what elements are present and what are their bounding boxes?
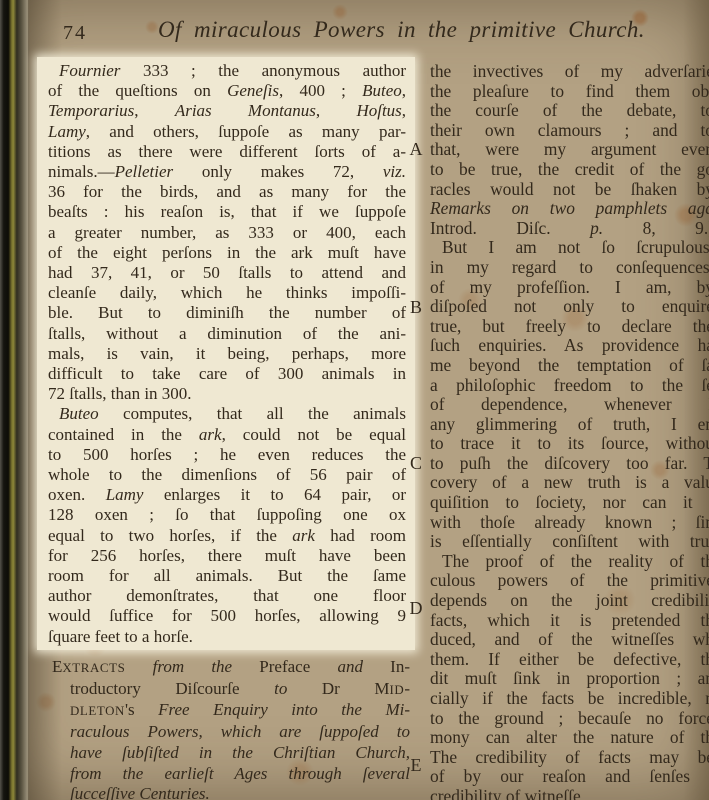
text-line: to trace it to its ſource, withou <box>430 434 709 454</box>
text-line: Fournier 333 ; the anonymous author <box>48 61 406 81</box>
text-line: of by our reaſon and ſenſes ; <box>430 767 709 787</box>
text-line: duced, and of the witneſſes wh <box>430 630 709 650</box>
text-line: of the eight perſons in the ark muſt hav… <box>48 243 406 263</box>
text-line: have ſubſiſted in the Chriſtian Church, <box>52 743 410 764</box>
text-line: cially if the facts be incredible, n <box>430 689 709 709</box>
right-column-text: the invectives of my adverſariethe pleaſ… <box>430 62 709 800</box>
text-line: of dependence, whenever I <box>430 395 709 415</box>
text-line: Lamy, and others, ſuppoſe as many par- <box>48 122 406 142</box>
margin-letter-a: A <box>405 139 427 160</box>
text-line: Temporarius, Arias Montanus, Hoſtus, <box>48 101 406 121</box>
text-line: 72 ſtalls, than in 300. <box>48 384 406 404</box>
text-line: Remarks on two pamphlets aga <box>430 199 709 219</box>
text-line: any glimmering of truth, I en <box>430 415 709 435</box>
text-line: culous powers of the primitive <box>430 571 709 591</box>
text-line: 36 for the birds, and as many for the <box>48 182 406 202</box>
text-line: their own clamours ; and to <box>430 121 709 141</box>
text-line: The proof of the reality of th <box>430 552 709 572</box>
text-line: ſuch enquiries. As providence ha <box>430 336 709 356</box>
text-line: would ſuffice for 500 horſes, allowing 9 <box>48 606 406 626</box>
text-line: facts, which it is pretended th <box>430 611 709 631</box>
text-line: equal to two horſes, if the ark had room <box>48 526 406 546</box>
text-line: titions as there were different ſorts of… <box>48 142 406 162</box>
paragraph-buteo: Buteo computes, that all the animalscont… <box>48 404 406 646</box>
text-line: with thoſe already known ; ſin <box>430 513 709 533</box>
text-line: is eſſentially conſiſtent with trut <box>430 532 709 552</box>
text-line: beaſts : his reaſon is, that if we ſuppo… <box>48 202 406 222</box>
text-line: Buteo computes, that all the animals <box>48 404 406 424</box>
text-line: But I am not ſo ſcrupulous, <box>430 238 709 258</box>
running-header-title: Of miraculous Powers in the primitive Ch… <box>158 17 703 43</box>
text-line: to 500 horſes ; he even reduces the <box>48 445 406 465</box>
text-line: mals, is vain, it being, perhaps, more <box>48 344 406 364</box>
text-line: dleton's Free Enquiry into the Mi- <box>52 700 410 722</box>
paragraph-fournier: Fournier 333 ; the anonymous authorof th… <box>48 61 406 404</box>
text-line: room for all animals. But the ſame <box>48 566 406 586</box>
paragraph-extracts: Extracts from the Preface and In-troduct… <box>52 657 410 800</box>
text-line: for 256 horſes, there muſt have been <box>48 546 406 566</box>
text-line: racles would not be ſhaken by <box>430 180 709 200</box>
text-line: to be true, the credit of the go <box>430 160 709 180</box>
book-spine-edge <box>0 0 30 800</box>
text-line: a philoſophic freedom to the ſe <box>430 376 709 396</box>
text-line: difficult to take care of 300 animals in <box>48 364 406 384</box>
text-line: ſquare feet to a horſe. <box>48 627 406 647</box>
text-line: to the ground ; becauſe no force <box>430 709 709 729</box>
text-line: true, but freely to declare the <box>430 317 709 337</box>
margin-letter-d: D <box>405 598 427 619</box>
text-line: credibility of witneſſe <box>430 787 709 800</box>
text-line: contained in the ark, could not be equal <box>48 425 406 445</box>
text-line: a greater number, as 333 or 400, each <box>48 223 406 243</box>
text-line: Extracts from the Preface and In- <box>52 657 410 679</box>
text-line: to puſh the diſcovery too far. T <box>430 454 709 474</box>
text-line: in my regard to conſequences, <box>430 258 709 278</box>
text-line: ble. But to diminiſh the number of <box>48 303 406 323</box>
text-line: cleanſe daily, which he thinks impoſſi- <box>48 283 406 303</box>
text-line: diſpoſed not only to enquire <box>430 297 709 317</box>
text-line: the invectives of my adverſarie <box>430 62 709 82</box>
text-line: had 37, 41, or 50 ſtalls to attend and <box>48 263 406 283</box>
text-line: quiſition to ſociety, nor can it i <box>430 493 709 513</box>
text-line: of my profeſſion. I am, by <box>430 278 709 298</box>
text-line: raculous Powers, which are ſuppoſed to <box>52 722 410 743</box>
margin-letter-e: E <box>405 755 427 776</box>
text-line: 128 oxen ; ſo that ſuppoſing one ox <box>48 505 406 525</box>
text-line: the pleaſure to find them obl <box>430 82 709 102</box>
margin-letter-b: B <box>405 297 427 318</box>
text-line: The credibility of facts may be <box>430 748 709 768</box>
text-line: troductory Diſcourſe to Dr Mid- <box>52 679 410 701</box>
text-line: covery of a new truth is a valu <box>430 473 709 493</box>
text-line: ſucceſſive Centuries. <box>52 784 410 800</box>
text-line: oxen. Lamy enlarges it to 64 pair, or <box>48 485 406 505</box>
text-line: whole to the dimenſions of 56 pair of <box>48 465 406 485</box>
text-line: from the earlieſt Ages through ſeveral <box>52 764 410 785</box>
text-line: ſtalls, without a diminution of the ani- <box>48 324 406 344</box>
text-line: of the queſtions on Geneſis, 400 ; Buteo… <box>48 81 406 101</box>
text-line: them. If either be defective, th <box>430 650 709 670</box>
text-line: dit muſt ſink in proportion ; an <box>430 669 709 689</box>
left-column: Fournier 333 ; the anonymous authorof th… <box>48 61 406 647</box>
text-line: depends on the joint credibilit <box>430 591 709 611</box>
text-line: author demonſtrates, that one floor <box>48 586 406 606</box>
text-line: the courſe of the debate, to <box>430 101 709 121</box>
text-line: nimals.—Pelletier only makes 72, viz. <box>48 162 406 182</box>
text-line: me beyond the temptation of ſa <box>430 356 709 376</box>
text-line: that, were my argument even <box>430 140 709 160</box>
text-line: mony can alter the nature of th <box>430 728 709 748</box>
page-number: 74 <box>63 22 87 45</box>
text-line: Introd. Diſc. p. 8, 9.] <box>430 219 709 239</box>
book-page: 74 Of miraculous Powers in the primitive… <box>0 0 709 800</box>
margin-letter-c: C <box>405 453 427 474</box>
